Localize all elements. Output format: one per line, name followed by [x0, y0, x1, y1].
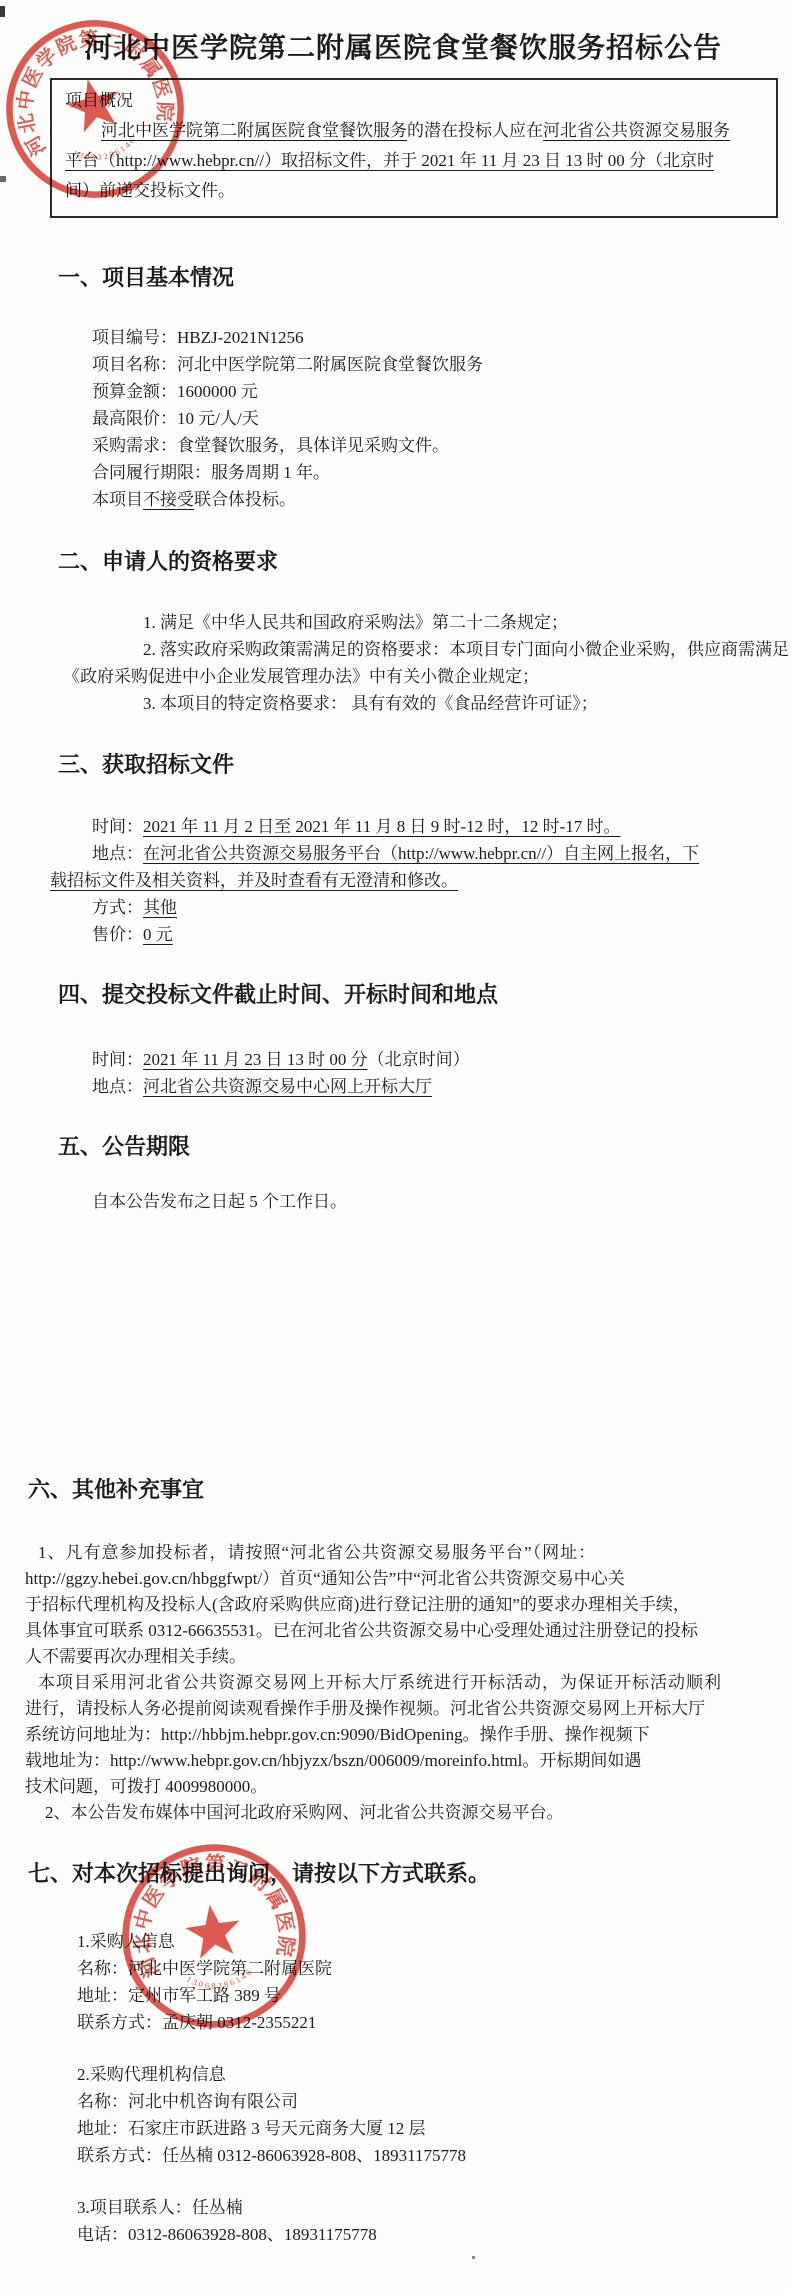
text: 地点： — [92, 1077, 143, 1096]
text-line: 时间：2021 年 11 月 23 日 13 时 00 分（北京时间） — [92, 1046, 791, 1073]
text-line: http://ggzy.hebei.gov.cn/hbggfwpt/）首页“通知… — [25, 1566, 791, 1592]
text-line: 本项目采用河北省公共资源交易网上开标大厅系统进行开标活动，为保证开标活动顺利 — [38, 1670, 791, 1696]
text: 售价： — [92, 925, 143, 944]
section: 六、其他补充事宜1、凡有意参加投标者，请按照“河北省公共资源交易服务平台”（网址… — [0, 1474, 791, 1826]
scan-artifact — [0, 176, 6, 182]
text: 联合体投标。 — [194, 490, 296, 509]
text-line: 名称：河北中机咨询有限公司 — [77, 2088, 791, 2115]
text-line: 时间：2021 年 11 月 2 日至 2021 年 11 月 8 日 9 时-… — [92, 813, 791, 840]
text: 1. 满足《中华人民共和国政府采购法》第二十二条规定； — [143, 613, 568, 632]
text: 具体事宜可联系 0312-66635531。已在河北省公共资源交易中心受理处通过… — [25, 1621, 698, 1640]
text: 方式： — [92, 898, 143, 917]
text: 1、凡有意参加投标者，请按照“河北省公共资源交易服务平台”（网址： — [38, 1543, 596, 1562]
section-heading: 三、获取招标文件 — [0, 749, 791, 781]
text: 本项目采用河北省公共资源交易网上开标大厅系统进行开标活动，为保证开标活动顺利 — [38, 1673, 722, 1692]
text-line: 2. 落实政府采购政策需满足的资格要求：本项目专门面向小微企业采购，供应商需满足 — [143, 636, 791, 663]
text: 地点： — [92, 844, 143, 863]
scan-artifact — [472, 2256, 475, 2259]
section: 一、项目基本情况项目编号：HBZJ-2021N1256项目名称：河北中医学院第二… — [0, 262, 791, 513]
text: 2.采购代理机构信息 — [77, 2065, 226, 2084]
text-line: 名称：河北中医学院第二附属医院 — [77, 1955, 791, 1982]
text: 2、本公告发布媒体中国河北政府采购网、河北省公共资源交易平台。 — [45, 1803, 564, 1822]
text-line: 最高限价：10 元/人/天 — [92, 405, 791, 432]
text: 1.采购人信息 — [77, 1932, 175, 1951]
underlined-text: 河北省公共资源交易服务 — [543, 121, 730, 140]
section-heading: 五、公告期限 — [0, 1131, 791, 1163]
text: 技术问题，可拨打 4009980000。 — [25, 1777, 267, 1796]
text: 的潜在投标人应在 — [407, 121, 543, 140]
text-line: 系统访问地址为：http://hbbjm.hebpr.gov.cn:9090/B… — [25, 1722, 791, 1748]
text: 地址：石家庄市跃进路 3 号天元商务大厦 12 层 — [77, 2119, 426, 2138]
underlined-text: 河北中医学院第二附属医院食堂餐饮服务 — [101, 121, 407, 140]
text-line: 地址：定州市军工路 389 号 — [77, 1982, 791, 2009]
text: 合同履行期限：服务周期 1 年。 — [92, 463, 330, 482]
overview-lines: 河北中医学院第二附属医院食堂餐饮服务的潜在投标人应在河北省公共资源交易服务平台（… — [65, 116, 763, 206]
text-line: 《政府采购促进中小企业发展管理办法》中有关小微企业规定； — [63, 663, 791, 690]
underlined-text: 河北省公共资源交易中心网上开标大厅 — [143, 1077, 432, 1096]
text-line: 平台（http://www.hebpr.cn//）取招标文件，并于 2021 年… — [65, 146, 763, 176]
text: 间）前递交投标文件。 — [65, 181, 235, 200]
text-line: 3.项目联系人：任丛楠 — [77, 2194, 791, 2221]
section-body: 自本公告发布之日起 5 个工作日。 — [0, 1188, 791, 1215]
section: 四、提交投标文件截止时间、开标时间和地点时间：2021 年 11 月 23 日 … — [0, 979, 791, 1100]
section-body: 项目编号：HBZJ-2021N1256项目名称：河北中医学院第二附属医院食堂餐饮… — [0, 324, 791, 513]
text: 名称：河北中医学院第二附属医院 — [77, 1959, 332, 1978]
section-heading: 七、对本次招标提出询问，请按以下方式联系。 — [0, 1858, 791, 1890]
underlined-text: 不接受 — [143, 490, 194, 509]
text-line: 方式：其他 — [92, 894, 791, 921]
text-line: 地址：石家庄市跃进路 3 号天元商务大厦 12 层 — [77, 2115, 791, 2142]
text: 项目编号：HBZJ-2021N1256 — [92, 328, 304, 347]
section-heading: 六、其他补充事宜 — [0, 1474, 791, 1506]
text: 电话：0312-86063928-808、18931175778 — [77, 2225, 377, 2244]
text-line: 1. 满足《中华人民共和国政府采购法》第二十二条规定； — [143, 609, 791, 636]
section-heading: 一、项目基本情况 — [0, 262, 791, 294]
section-body: 1、凡有意参加投标者，请按照“河北省公共资源交易服务平台”（网址：http://… — [0, 1540, 791, 1826]
page-title: 河北中医学院第二附属医院食堂餐饮服务招标公告 — [0, 0, 791, 66]
section-body: 1.采购人信息名称：河北中医学院第二附属医院地址：定州市军工路 389 号联系方… — [0, 1928, 791, 2248]
text-line: 地点：在河北省公共资源交易服务平台（http://www.hebpr.cn//）… — [92, 840, 791, 867]
underlined-text: 在河北省公共资源交易服务平台（http://www.hebpr.cn//）自主网… — [143, 844, 699, 863]
text-line: 采购需求：食堂餐饮服务，具体详见采购文件。 — [92, 432, 791, 459]
text-line: 于招标代理机构及投标人(含政府采购供应商)进行登记注册的通知”的要求办理相关手续… — [25, 1592, 791, 1618]
text-line: 自本公告发布之日起 5 个工作日。 — [92, 1188, 791, 1215]
document-sections: 一、项目基本情况项目编号：HBZJ-2021N1256项目名称：河北中医学院第二… — [0, 262, 791, 2248]
text-line: 3. 本项目的特定资格要求： 具有有效的《食品经营许可证》； — [143, 690, 791, 717]
project-overview-box: 项目概况 河北中医学院第二附属医院食堂餐饮服务的潜在投标人应在河北省公共资源交易… — [50, 78, 778, 218]
text: 载地址为：http://www.hebpr.gov.cn/hbjyzx/bszn… — [25, 1751, 641, 1770]
text-line: 本项目不接受联合体投标。 — [92, 486, 791, 513]
text: 采购需求：食堂餐饮服务，具体详见采购文件。 — [92, 436, 449, 455]
section: 二、申请人的资格要求1. 满足《中华人民共和国政府采购法》第二十二条规定；2. … — [0, 546, 791, 717]
section: 三、获取招标文件时间：2021 年 11 月 2 日至 2021 年 11 月 … — [0, 749, 791, 948]
text-line: 2.采购代理机构信息 — [77, 2061, 791, 2088]
text: 名称：河北中机咨询有限公司 — [77, 2092, 298, 2111]
text: 人不需要再次办理相关手续。 — [25, 1647, 246, 1666]
section-body: 时间：2021 年 11 月 2 日至 2021 年 11 月 8 日 9 时-… — [0, 813, 791, 948]
text-line: 具体事宜可联系 0312-66635531。已在河北省公共资源交易中心受理处通过… — [25, 1618, 791, 1644]
section: 七、对本次招标提出询问，请按以下方式联系。1.采购人信息名称：河北中医学院第二附… — [0, 1858, 791, 2248]
underlined-text: 其他 — [143, 898, 177, 917]
text: 项目名称：河北中医学院第二附属医院食堂餐饮服务 — [92, 355, 483, 374]
text-line: 河北中医学院第二附属医院食堂餐饮服务的潜在投标人应在河北省公共资源交易服务 — [65, 116, 763, 146]
text: 系统访问地址为：http://hbbjm.hebpr.gov.cn:9090/B… — [25, 1725, 650, 1744]
text: （北京时间） — [368, 1050, 470, 1069]
text: 《政府采购促进中小企业发展管理办法》中有关小微企业规定； — [63, 667, 539, 686]
text: 3. 本项目的特定资格要求： 具有有效的《食品经营许可证》； — [143, 694, 598, 713]
text-line: 电话：0312-86063928-808、18931175778 — [77, 2221, 791, 2248]
text: 联系方式：孟庆朝 0312-2355221 — [77, 2013, 316, 2032]
text: 预算金额：1600000 元 — [92, 382, 258, 401]
underlined-text: 载招标文件及相关资料，并及时查看有无澄清和修改。 — [50, 871, 458, 890]
text-line: 合同履行期限：服务周期 1 年。 — [92, 459, 791, 486]
text-line: 间）前递交投标文件。 — [65, 176, 763, 206]
text: 时间： — [92, 1050, 143, 1069]
text-line: 载招标文件及相关资料，并及时查看有无澄清和修改。 — [50, 867, 791, 894]
text: 进行，请投标人务必提前阅读观看操作手册及操作视频。河北省公共资源交易网上开标大厅 — [25, 1699, 705, 1718]
text-line: 1.采购人信息 — [77, 1928, 791, 1955]
text: 2. 落实政府采购政策需满足的资格要求：本项目专门面向小微企业采购，供应商需满足 — [143, 640, 789, 659]
section-heading: 四、提交投标文件截止时间、开标时间和地点 — [0, 979, 791, 1011]
section-heading: 二、申请人的资格要求 — [0, 546, 791, 578]
text-line: 售价：0 元 — [92, 921, 791, 948]
text: 地址：定州市军工路 389 号 — [77, 1986, 281, 2005]
text-line: 联系方式：孟庆朝 0312-2355221 — [77, 2009, 791, 2036]
text-line: 人不需要再次办理相关手续。 — [25, 1644, 791, 1670]
underlined-text: 平台（http://www.hebpr.cn//）取招标文件，并于 2021 年… — [65, 151, 714, 170]
text-line: 项目编号：HBZJ-2021N1256 — [92, 324, 791, 351]
text-line: 项目名称：河北中医学院第二附属医院食堂餐饮服务 — [92, 351, 791, 378]
text-line: 1、凡有意参加投标者，请按照“河北省公共资源交易服务平台”（网址： — [38, 1540, 791, 1566]
text: 3.项目联系人：任丛楠 — [77, 2198, 243, 2217]
text: 本项目 — [92, 490, 143, 509]
section: 五、公告期限自本公告发布之日起 5 个工作日。 — [0, 1131, 791, 1215]
text-line: 2、本公告发布媒体中国河北政府采购网、河北省公共资源交易平台。 — [45, 1800, 791, 1826]
text-line: 联系方式：任丛楠 0312-86063928-808、18931175778 — [77, 2142, 791, 2169]
text: 于招标代理机构及投标人(含政府采购供应商)进行登记注册的通知”的要求办理相关手续… — [25, 1595, 690, 1614]
text-line: 地点：河北省公共资源交易中心网上开标大厅 — [92, 1073, 791, 1100]
scan-artifact — [0, 6, 5, 17]
scanned-tender-announcement: 河北中医学院第二附属医院 13063286146 河北中医学院第二附属医院 13… — [0, 0, 791, 2293]
section-body: 1. 满足《中华人民共和国政府采购法》第二十二条规定；2. 落实政府采购政策需满… — [0, 609, 791, 717]
text-line: 载地址为：http://www.hebpr.gov.cn/hbjyzx/bszn… — [25, 1748, 791, 1774]
text: 最高限价：10 元/人/天 — [92, 409, 259, 428]
text: 时间： — [92, 817, 143, 836]
text: 自本公告发布之日起 5 个工作日。 — [92, 1192, 347, 1211]
underlined-text: 2021 年 11 月 23 日 13 时 00 分 — [143, 1050, 368, 1069]
text-line: 预算金额：1600000 元 — [92, 378, 791, 405]
overview-label: 项目概况 — [65, 86, 763, 116]
text: http://ggzy.hebei.gov.cn/hbggfwpt/）首页“通知… — [25, 1569, 625, 1588]
underlined-text: 0 元 — [143, 925, 173, 944]
text: 联系方式：任丛楠 0312-86063928-808、18931175778 — [77, 2146, 466, 2165]
text-line: 进行，请投标人务必提前阅读观看操作手册及操作视频。河北省公共资源交易网上开标大厅 — [25, 1696, 791, 1722]
section-body: 时间：2021 年 11 月 23 日 13 时 00 分（北京时间）地点：河北… — [0, 1046, 791, 1100]
underlined-text: 2021 年 11 月 2 日至 2021 年 11 月 8 日 9 时-12 … — [143, 817, 621, 836]
text-line: 技术问题，可拨打 4009980000。 — [25, 1774, 791, 1800]
